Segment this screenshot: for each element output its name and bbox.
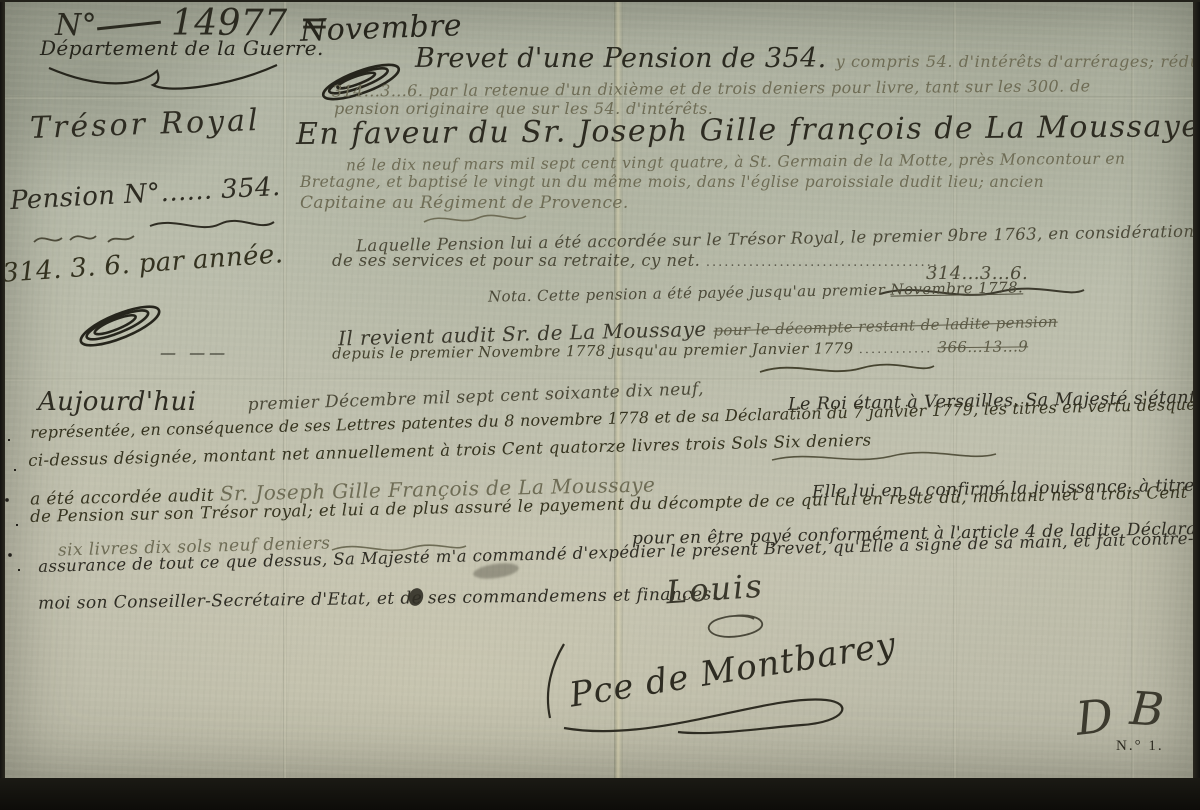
pension-number-flourish <box>148 218 278 236</box>
period-dots: ............ <box>859 341 933 357</box>
margin-scribble-flourish <box>72 296 168 356</box>
department-brace-flourish <box>45 58 283 94</box>
fold-crease-vertical-left <box>283 2 287 778</box>
small-flourish <box>420 210 530 228</box>
document-scan: N° 14977 = Département de la Guerre. Nov… <box>0 0 1200 810</box>
fold-crease-horizontal-middle <box>5 378 1193 381</box>
scan-edge-top <box>0 0 1200 2</box>
scan-edge-bottom <box>0 778 1200 810</box>
number-flourish <box>97 21 161 31</box>
body-line-3-flourish <box>770 448 1000 468</box>
nota-date: Novembre 1778. <box>890 278 1023 298</box>
born-line-2: Bretagne, et baptisé le vingt un du même… <box>300 174 1044 191</box>
grant-line-2-wrap: de ses services et pour sa retraite, cy … <box>332 252 939 270</box>
brevet-title-suffix: y compris 54. d'intérêts d'arrérages; ré… <box>836 52 1200 71</box>
grant-line-2: de ses services et pour sa retraite, cy … <box>332 251 700 270</box>
body-today: Aujourd'hui <box>38 388 196 417</box>
margin-dash-marks: — —— <box>160 344 229 362</box>
clerk-initial-b: B <box>1128 683 1166 736</box>
minister-signature-swash <box>560 688 870 742</box>
brevet-title: Brevet d'une Pension de 354. <box>415 43 827 74</box>
clerk-initial-d: D <box>1073 690 1115 744</box>
grant-leader-dots: ...................................... <box>706 255 939 270</box>
period-struck-amount: 366...13...9 <box>937 337 1028 356</box>
scan-edge-right <box>1193 0 1200 778</box>
department-title: Département de la Guerre. <box>40 37 324 59</box>
scan-edge-left <box>0 0 5 778</box>
period-flourish <box>758 360 938 380</box>
treasury-label: Trésor Royal <box>29 104 261 145</box>
king-signature: Louis <box>665 569 765 611</box>
margin-small-marks <box>30 230 150 250</box>
folio-number: N.° 1. <box>1116 738 1164 755</box>
brevet-title-line: Brevet d'une Pension de 354. y compris 5… <box>415 44 1200 74</box>
favor-line: En faveur du Sr. Joseph Gille françois d… <box>296 110 1200 151</box>
